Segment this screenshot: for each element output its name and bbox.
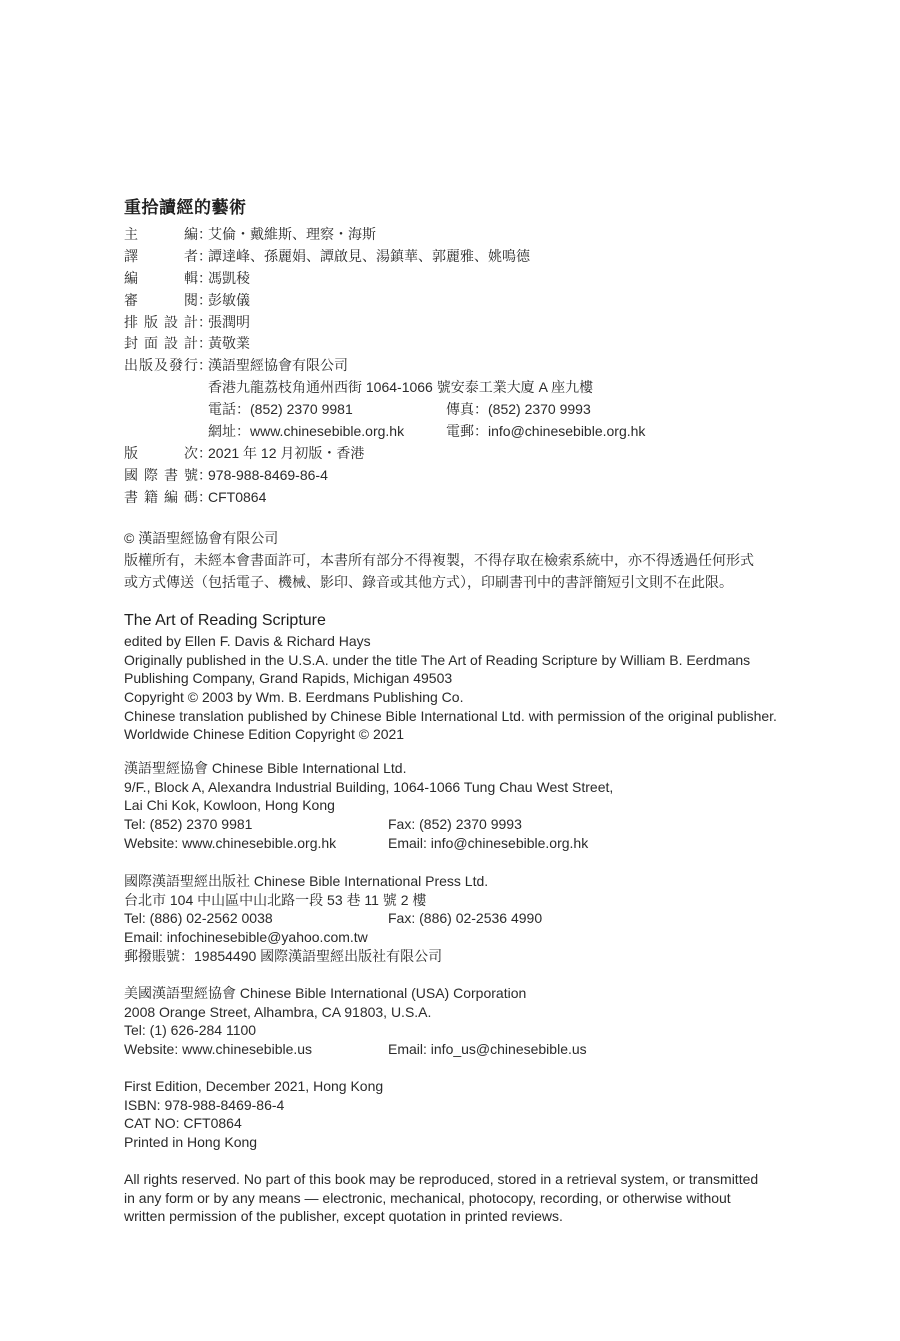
credit-value: 黃敬業 [208, 333, 645, 355]
cbi-taiwan-contact: 國際漢語聖經出版社 Chinese Bible International Pr… [124, 872, 542, 965]
credit-label: 出版及發行 [124, 355, 198, 377]
chinese-copyright-notice: © 漢語聖經協會有限公司 版權所有，未經本會書面許可，本書所有部分不得複製，不得… [124, 527, 754, 593]
credit-row-translators: 譯者 ： 譚達峰、孫麗娟、譚啟見、湯鎮華、郭麗雅、姚鳴德 [124, 246, 645, 268]
rights-line: in any form or by any means — electronic… [124, 1189, 758, 1208]
first-edition: First Edition, December 2021, Hong Kong [124, 1077, 383, 1096]
info-line: Publishing Company, Grand Rapids, Michig… [124, 669, 777, 688]
info-line: Copyright © 2003 by Wm. B. Eerdmans Publ… [124, 688, 777, 707]
english-publication-info: edited by Ellen F. Davis & Richard Hays … [124, 632, 777, 744]
credit-label: 譯者 [124, 246, 198, 268]
cbi-usa-contact: 美國漢語聖經協會 Chinese Bible International (US… [124, 984, 587, 1059]
address-line: 2008 Orange Street, Alhambra, CA 91803, … [124, 1003, 587, 1022]
credit-label: 封面設計 [124, 333, 198, 355]
book-title-english: The Art of Reading Scripture [124, 612, 326, 630]
tel: Tel: (852) 2370 9981 [124, 815, 388, 834]
email: Email: info@chinesebible.org.hk [388, 834, 588, 853]
credit-label: 版次 [124, 443, 198, 465]
credit-value: 馮凱稜 [208, 268, 645, 290]
publisher-fax: 傳真：(852) 2370 9993 [446, 399, 591, 421]
credit-label: 書籍編碼 [124, 487, 198, 509]
tel: Tel: (1) 626-284 1100 [124, 1021, 587, 1040]
credit-row-editor: 主編 ： 艾倫・戴維斯、理察・海斯 [124, 224, 645, 246]
copyright-holder: © 漢語聖經協會有限公司 [124, 527, 754, 549]
catalog-number: CAT NO: CFT0864 [124, 1114, 383, 1133]
credit-value: CFT0864 [208, 487, 645, 509]
credit-value: 張潤明 [208, 312, 645, 334]
org-name: 美國漢語聖經協會 Chinese Bible International (US… [124, 984, 587, 1003]
rights-line: All rights reserved. No part of this boo… [124, 1170, 758, 1189]
info-line: Worldwide Chinese Edition Copyright © 20… [124, 725, 777, 744]
publisher-address: 香港九龍荔枝角通州西街 1064-1066 號安泰工業大廈 A 座九樓 [124, 377, 645, 399]
info-line: Originally published in the U.S.A. under… [124, 651, 777, 670]
credit-row-reviewer: 審閱 ： 彭敏儀 [124, 290, 645, 312]
isbn: ISBN: 978-988-8469-86-4 [124, 1096, 383, 1115]
fax: Fax: (886) 02-2536 4990 [388, 909, 542, 928]
postal-account: 郵撥賬號：19854490 國際漢語聖經出版社有限公司 [124, 947, 542, 966]
org-name: 漢語聖經協會 Chinese Bible International Ltd. [124, 759, 613, 778]
tel: Tel: (886) 02-2562 0038 [124, 909, 388, 928]
book-title-chinese: 重拾讀經的藝術 [124, 193, 247, 218]
credit-value: 彭敏儀 [208, 290, 645, 312]
publisher-web-email: 網址：www.chinesebible.org.hk 電郵：info@chine… [124, 421, 645, 443]
publisher-phone: 電話：(852) 2370 9981 [208, 399, 446, 421]
credit-row-catalog-code: 書籍編碼 ： CFT0864 [124, 487, 645, 509]
credit-row-isbn: 國際書號 ： 978-988-8469-86-4 [124, 465, 645, 487]
address-line: 台北市 104 中山區中山北路一段 53 巷 11 號 2 樓 [124, 891, 542, 910]
credit-row-edition: 版次 ： 2021 年 12 月初版・香港 [124, 443, 645, 465]
website: Website: www.chinesebible.org.hk [124, 834, 388, 853]
credits-list: 主編 ： 艾倫・戴維斯、理察・海斯 譯者 ： 譚達峰、孫麗娟、譚啟見、湯鎮華、郭… [124, 224, 645, 509]
credit-row-editing: 編輯 ： 馮凱稜 [124, 268, 645, 290]
credit-value: 漢語聖經協會有限公司 [208, 355, 645, 377]
edition-info: First Edition, December 2021, Hong Kong … [124, 1077, 383, 1152]
address-line: Lai Chi Kok, Kowloon, Hong Kong [124, 796, 613, 815]
credit-value: 艾倫・戴維斯、理察・海斯 [208, 224, 645, 246]
credit-label: 審閱 [124, 290, 198, 312]
cbi-hong-kong-contact: 漢語聖經協會 Chinese Bible International Ltd. … [124, 759, 613, 852]
credit-label: 國際書號 [124, 465, 198, 487]
info-line: edited by Ellen F. Davis & Richard Hays [124, 632, 777, 651]
rights-line: written permission of the publisher, exc… [124, 1207, 758, 1226]
credit-value: 譚達峰、孫麗娟、譚啟見、湯鎮華、郭麗雅、姚鳴德 [208, 246, 645, 268]
printed-location: Printed in Hong Kong [124, 1133, 383, 1152]
org-name: 國際漢語聖經出版社 Chinese Bible International Pr… [124, 872, 542, 891]
email: Email: info_us@chinesebible.us [388, 1040, 587, 1059]
credit-row-publisher: 出版及發行 ： 漢語聖經協會有限公司 [124, 355, 645, 377]
credit-label: 主編 [124, 224, 198, 246]
publisher-email: 電郵：info@chinesebible.org.hk [446, 421, 645, 443]
publisher-phone-fax: 電話：(852) 2370 9981 傳真：(852) 2370 9993 [124, 399, 645, 421]
email: Email: infochinesebible@yahoo.com.tw [124, 928, 542, 947]
address-line: 9/F., Block A, Alexandra Industrial Buil… [124, 778, 613, 797]
credit-row-layout-design: 排版設計 ： 張潤明 [124, 312, 645, 334]
credit-value: 978-988-8469-86-4 [208, 465, 645, 487]
credit-label: 編輯 [124, 268, 198, 290]
fax: Fax: (852) 2370 9993 [388, 815, 522, 834]
rights-reserved-notice: All rights reserved. No part of this boo… [124, 1170, 758, 1226]
credit-row-cover-design: 封面設計 ： 黃敬業 [124, 333, 645, 355]
copyright-text-line: 或方式傳送（包括電子、機械、影印、錄音或其他方式），印刷書刊中的書評簡短引文則不… [124, 571, 754, 593]
website: Website: www.chinesebible.us [124, 1040, 388, 1059]
publisher-website: 網址：www.chinesebible.org.hk [208, 421, 446, 443]
credit-value: 2021 年 12 月初版・香港 [208, 443, 645, 465]
credit-label: 排版設計 [124, 312, 198, 334]
info-line: Chinese translation published by Chinese… [124, 707, 777, 726]
copyright-text-line: 版權所有，未經本會書面許可，本書所有部分不得複製，不得存取在檢索系統中，亦不得透… [124, 549, 754, 571]
